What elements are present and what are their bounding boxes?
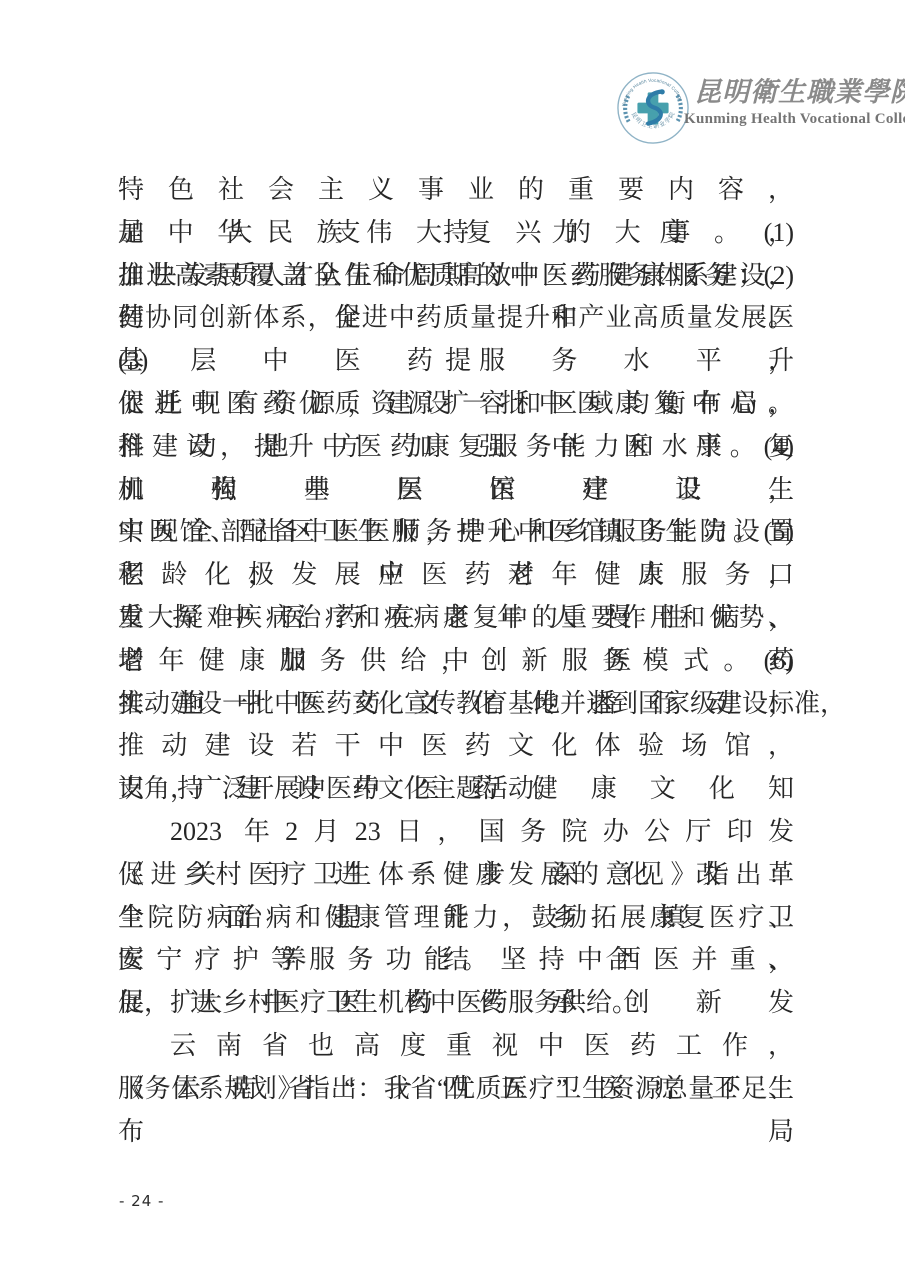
text-line: 生院防病治病和健康管理能力，鼓励拓展康复医疗、医养结合、 (118, 897, 794, 940)
text-line: 老龄化，发展中医药老年健康服务，发挥中医药在老年人慢性病、 (118, 554, 794, 597)
text-line: 重大疑难疾病治疗和疾病康复中的重要作用和优势，增加中医药 (118, 597, 794, 640)
document-body-text: 特色社会主义事业的重要内容，是中华民族伟大复兴的大事。(1)加大支持力度，加快发… (118, 169, 794, 1111)
document-page: Kunming Health Vocational College 昆明卫生职业… (0, 0, 905, 1280)
school-seal-logo: Kunming Health Vocational College 昆明卫生职业… (616, 71, 690, 145)
text-line: 推动建设若干中医药文化体验场馆，支持建设中医药健康文化知 (118, 725, 794, 768)
text-line: 加大支持力度，加快发展覆盖全生命周期的中医药健康服务；(2) (118, 212, 794, 255)
text-line: 老年健康服务供给，创新服务模式。(6)实施中医药文化传播行动， (118, 640, 794, 683)
school-name-english: Kunming Health Vocational College (684, 111, 905, 128)
text-line: 安宁疗护等服务功能。坚持中西医并重，促进中医药传承创新发 (118, 939, 794, 982)
text-line: 依托现有资源，建设一批中医康复中心，推动地方加强中医康复 (118, 383, 794, 426)
school-name-calligraphy: 昆明衛生職業學院 (694, 76, 890, 110)
text-line: 中医馆、配备中医医师，提升中医馆服务能力。(5)积极应对人口 (118, 511, 794, 554)
page-number: - 24 - (119, 1192, 164, 1210)
text-line: 科建设，提升中医药康复服务能力和水平。(4)加强基层医疗卫生 (118, 426, 794, 469)
text-line: 推进高素质人才队伍和优质高效中医药服务体系建设，健全中医 (118, 255, 794, 298)
text-line: 特色社会主义事业的重要内容，是中华民族伟大复兴的大事。(1) (118, 169, 794, 212)
text-line: 云南省也高度重视中医药工作，《云南省“十四五”医疗卫生 (118, 1025, 794, 1068)
text-line: 基层中医药服务水平，促进中医药优质资源扩容和区域均衡布局。 (118, 340, 794, 383)
text-line: 促进乡村医疗卫生体系健康发展的意见》指出：全面提升乡镇卫 (118, 854, 794, 897)
text-line: 服务体系规划》指出：我省“优质医疗卫生资源总量不足、布局 (118, 1068, 794, 1111)
header-divider-rule (118, 160, 794, 162)
text-line: 推动建设一批中医药文化宣传教育基地并达到国家级建设标准， (118, 683, 794, 726)
text-line: 药协同创新体系，促进中药质量提升和产业高质量发展。(3)提升 (118, 297, 794, 340)
text-line: 机构中医馆建设，实现全部社区卫生服务中心和乡镇卫生院设置 (118, 469, 794, 512)
text-line: 2023 年2月23日，国务院办公厅印发《关于进一步深化改革 (118, 811, 794, 854)
